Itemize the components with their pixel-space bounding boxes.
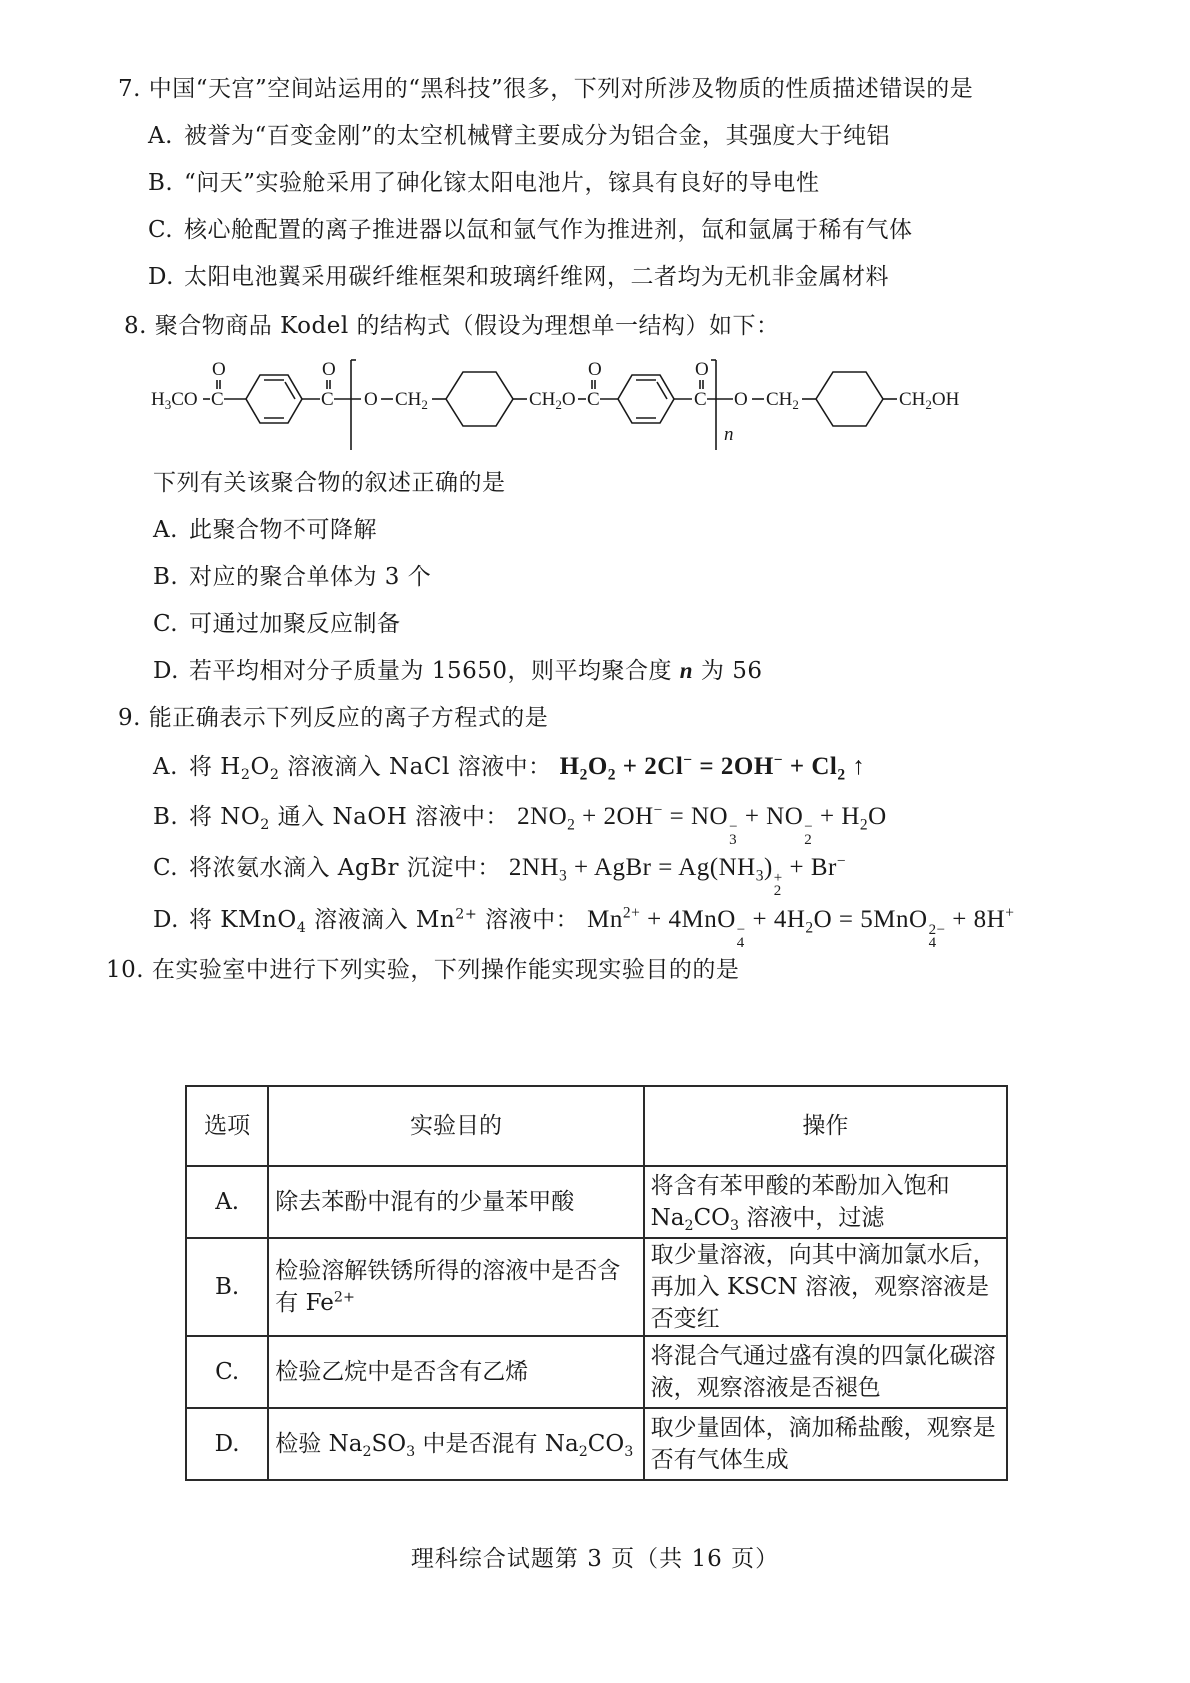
q7-option-d: D.太阳电池翼采用碳纤维框架和玻璃纤维网，二者均为无机非金属材料: [148, 262, 889, 292]
carbon-label: C: [321, 389, 334, 410]
q8-stem-text: 聚合物商品 Kodel 的结构式（假设为理想单一结构）如下：: [155, 313, 780, 339]
q7-stem: 7. 中国“天宫”空间站运用的“黑科技”很多，下列对所涉及物质的性质描述错误的是: [118, 74, 973, 104]
carbonyl-o: O: [695, 359, 709, 380]
option-letter: C.: [148, 215, 184, 245]
option-letter: C.: [153, 609, 189, 639]
experiment-table: 选项 实验目的 操作 A. 除去苯酚中混有的少量苯甲酸 将含有苯甲酸的苯酚加入饱…: [185, 1085, 1008, 1481]
row-operation: 取少量固体，滴加稀盐酸，观察是否有气体生成: [644, 1408, 1007, 1480]
page-footer: 理科综合试题第 3 页（共 16 页）: [0, 1540, 1190, 1573]
option-description: 将 KMnO4 溶液滴入 Mn2+ 溶液中：: [189, 907, 579, 933]
end-group-right: CH2OH: [899, 389, 960, 412]
structure-svg: H3CO C O C O O CH2 CH2O C O C O O CH2 CH…: [148, 358, 1048, 458]
option-letter: D.: [148, 262, 184, 292]
end-group-left: H3CO: [151, 389, 198, 412]
ch2-label: CH2: [395, 389, 428, 412]
q8-option-a: A.此聚合物不可降解: [153, 515, 377, 545]
ionic-equation: 2NH3 + AgBr = Ag(NH3)+2 + Br−: [509, 854, 846, 881]
option-letter: C.: [153, 853, 189, 883]
q9-option-b: B.将 NO2 通入 NaOH 溶液中：2NO2 + 2OH− = NO−3 +…: [153, 802, 887, 845]
q9-option-a: A.将 H2O2 溶液滴入 NaCl 溶液中：H2O2 + 2Cl− = 2OH…: [153, 752, 865, 782]
option-text: 太阳电池翼采用碳纤维框架和玻璃纤维网，二者均为无机非金属材料: [184, 264, 889, 290]
row-purpose: 除去苯酚中混有的少量苯甲酸: [268, 1166, 643, 1238]
option-letter: A.: [153, 515, 189, 545]
q7-option-b: B.“问天”实验舱采用了砷化镓太阳电池片，镓具有良好的导电性: [148, 168, 820, 198]
q9-option-d: D.将 KMnO4 溶液滴入 Mn2+ 溶液中：Mn2+ + 4MnO−4 + …: [153, 905, 1014, 948]
row-operation: 将混合气通过盛有溴的四氯化碳溶液，观察溶液是否褪色: [644, 1336, 1007, 1408]
row-option: B.: [186, 1238, 268, 1336]
option-text: 此聚合物不可降解: [189, 517, 377, 543]
option-text: 被誉为“百变金刚”的太空机械臂主要成分为铝合金，其强度大于纯铝: [184, 123, 890, 149]
q8-sub-stem: 下列有关该聚合物的叙述正确的是: [153, 468, 506, 498]
carbon-label: C: [211, 389, 224, 410]
option-description: 将 H2O2 溶液滴入 NaCl 溶液中：: [189, 754, 552, 780]
q10-number: 10.: [106, 955, 144, 985]
row-purpose: 检验 Na2SO3 中是否混有 Na2CO3: [268, 1408, 643, 1480]
carbon-label: C: [694, 389, 707, 410]
row-option: D.: [186, 1408, 268, 1480]
table-row: A. 除去苯酚中混有的少量苯甲酸 将含有苯甲酸的苯酚加入饱和 Na2CO3 溶液…: [186, 1166, 1007, 1238]
option-text: 核心舱配置的离子推进器以氙和氩气作为推进剂，氙和氩属于稀有气体: [184, 217, 913, 243]
option-letter: D.: [153, 905, 189, 935]
q9-number: 9.: [118, 703, 141, 733]
option-letter: A.: [153, 752, 189, 782]
q9-stem: 9. 能正确表示下列反应的离子方程式的是: [118, 703, 548, 733]
table-row: B. 检验溶解铁锈所得的溶液中是否含有 Fe2+ 取少量溶液，向其中滴加氯水后，…: [186, 1238, 1007, 1336]
table-row: D. 检验 Na2SO3 中是否混有 Na2CO3 取少量固体，滴加稀盐酸，观察…: [186, 1408, 1007, 1480]
q10-stem-text: 在实验室中进行下列实验，下列操作能实现实验目的的是: [152, 957, 740, 983]
ionic-equation: Mn2+ + 4MnO−4 + 4H2O = 5MnO2−4 + 8H+: [587, 906, 1014, 933]
q7-stem-text: 中国“天宫”空间站运用的“黑科技”很多，下列对所涉及物质的性质描述错误的是: [149, 76, 974, 102]
q7-option-c: C.核心舱配置的离子推进器以氙和氩气作为推进剂，氙和氩属于稀有气体: [148, 215, 913, 245]
table-header-row: 选项 实验目的 操作: [186, 1086, 1007, 1166]
kodel-structure-diagram: H3CO C O C O O CH2 CH2O C O C O O CH2 CH…: [148, 358, 1048, 458]
q7-number: 7.: [118, 74, 141, 104]
carbonyl-o: O: [322, 359, 336, 380]
header-operation: 操作: [644, 1086, 1007, 1166]
option-text: 对应的聚合单体为 3 个: [189, 564, 431, 590]
repeat-n: n: [724, 424, 734, 445]
q8-option-b: B.对应的聚合单体为 3 个: [153, 562, 431, 592]
row-option: A.: [186, 1166, 268, 1238]
row-operation: 将含有苯甲酸的苯酚加入饱和 Na2CO3 溶液中，过滤: [644, 1166, 1007, 1238]
option-letter: D.: [153, 656, 189, 686]
option-text: 若平均相对分子质量为 15650，则平均聚合度 n 为 56: [189, 658, 762, 684]
option-text: “问天”实验舱采用了砷化镓太阳电池片，镓具有良好的导电性: [184, 170, 820, 196]
carbonyl-o: O: [212, 359, 226, 380]
q8-stem: 8. 聚合物商品 Kodel 的结构式（假设为理想单一结构）如下：: [124, 311, 780, 341]
q9-stem-text: 能正确表示下列反应的离子方程式的是: [149, 705, 549, 731]
option-letter: B.: [153, 562, 189, 592]
ether-o: O: [734, 389, 748, 410]
q8-option-d: D.若平均相对分子质量为 15650，则平均聚合度 n 为 56: [153, 656, 762, 686]
q10-stem: 10. 在实验室中进行下列实验，下列操作能实现实验目的的是: [106, 955, 739, 985]
q7-option-a: A.被誉为“百变金刚”的太空机械臂主要成分为铝合金，其强度大于纯铝: [148, 121, 890, 151]
row-option: C.: [186, 1336, 268, 1408]
option-letter: B.: [148, 168, 184, 198]
q8-option-c: C.可通过加聚反应制备: [153, 609, 401, 639]
header-purpose: 实验目的: [268, 1086, 643, 1166]
option-letter: A.: [148, 121, 184, 151]
option-description: 将浓氨水滴入 AgBr 沉淀中：: [189, 855, 501, 881]
option-description: 将 NO2 通入 NaOH 溶液中：: [189, 804, 509, 830]
option-letter: B.: [153, 802, 189, 832]
ch2-label: CH2: [766, 389, 799, 412]
ch2o-label: CH2O: [529, 389, 576, 412]
q9-option-c: C.将浓氨水滴入 AgBr 沉淀中：2NH3 + AgBr = Ag(NH3)+…: [153, 853, 846, 896]
ionic-equation: 2NO2 + 2OH− = NO−3 + NO−2 + H2O: [517, 803, 887, 830]
ionic-equation: H2O2 + 2Cl− = 2OH− + Cl2 ↑: [560, 753, 866, 780]
row-purpose: 检验溶解铁锈所得的溶液中是否含有 Fe2+: [268, 1238, 643, 1336]
ether-o: O: [364, 389, 378, 410]
header-option: 选项: [186, 1086, 268, 1166]
q8-number: 8.: [124, 311, 147, 341]
option-text: 可通过加聚反应制备: [189, 611, 401, 637]
table-row: C. 检验乙烷中是否含有乙烯 将混合气通过盛有溴的四氯化碳溶液，观察溶液是否褪色: [186, 1336, 1007, 1408]
row-operation: 取少量溶液，向其中滴加氯水后，再加入 KSCN 溶液，观察溶液是否变红: [644, 1238, 1007, 1336]
carbonyl-o: O: [588, 359, 602, 380]
row-purpose: 检验乙烷中是否含有乙烯: [268, 1336, 643, 1408]
exam-page: 7. 中国“天宫”空间站运用的“黑科技”很多，下列对所涉及物质的性质描述错误的是…: [0, 0, 1190, 1683]
carbon-label: C: [587, 389, 600, 410]
